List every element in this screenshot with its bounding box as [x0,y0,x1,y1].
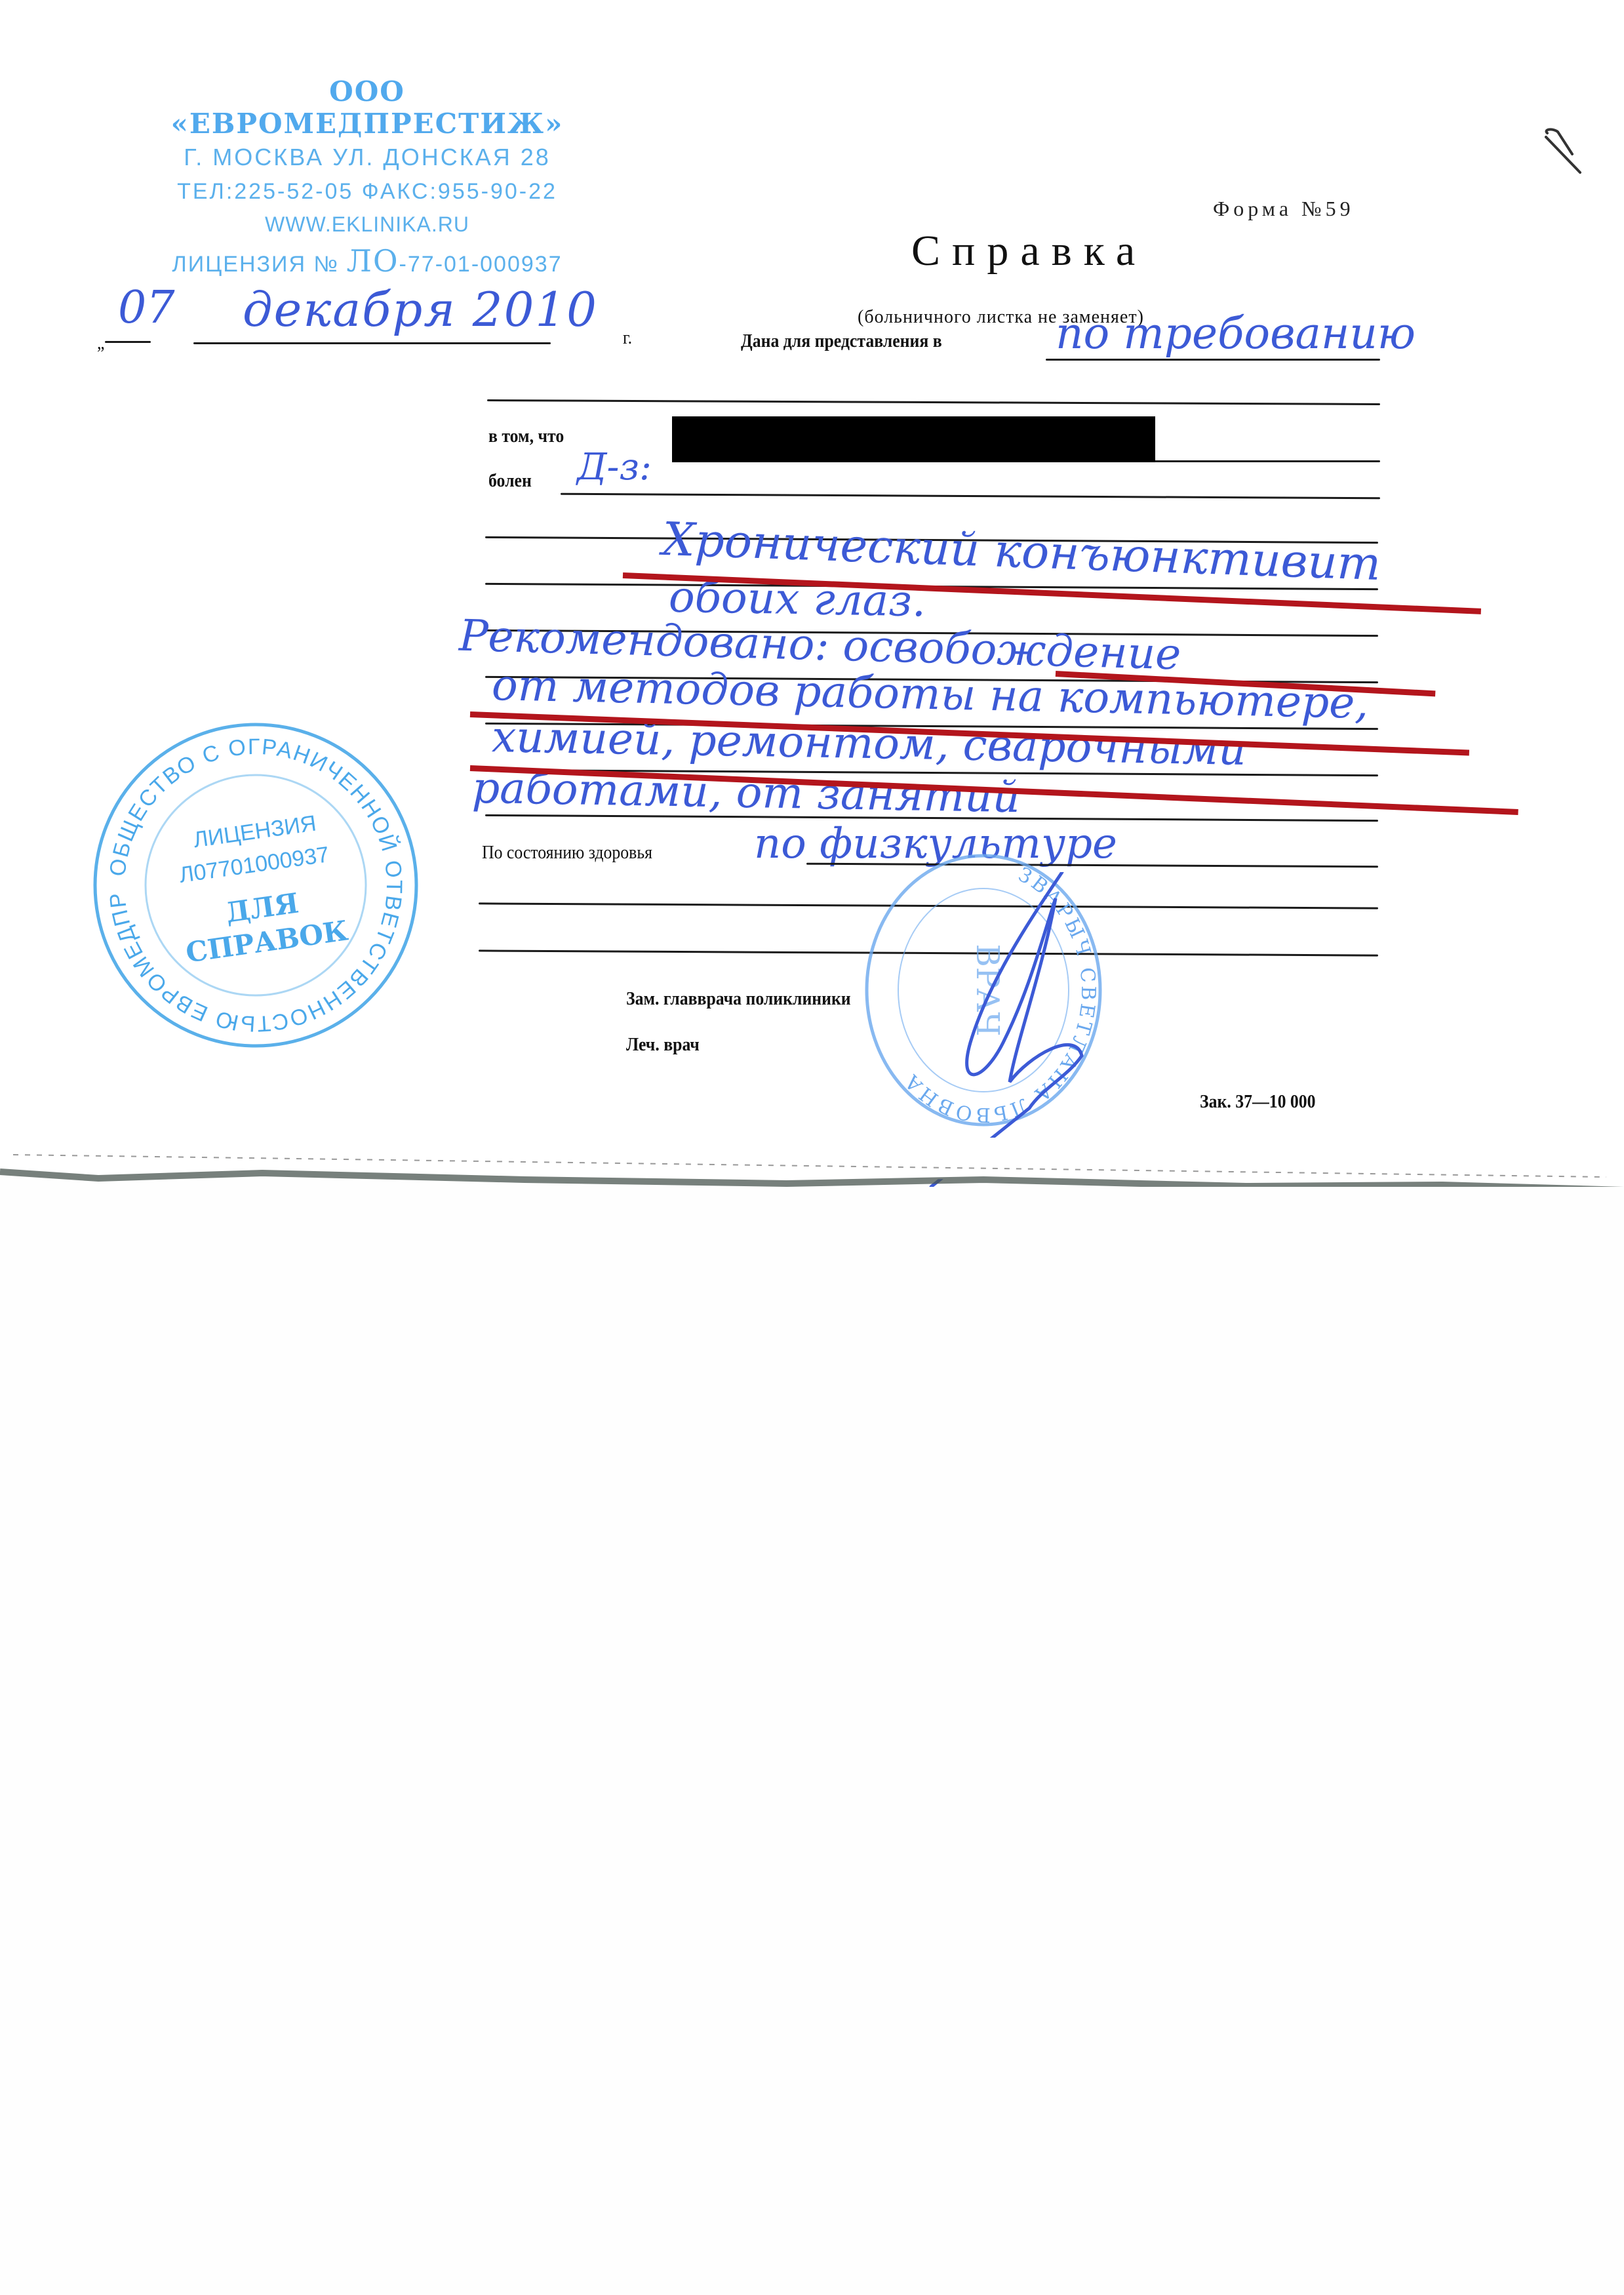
redacted-patient-name [672,416,1155,462]
license-number: -77-01-000937 [399,252,563,277]
torn-paper-edge [0,1138,1624,1190]
clinic-license: ЛИЦЕНЗИЯ № ЛО-77-01-000937 [157,243,577,279]
round-stamp: ОБЩЕСТВО С ОГРАНИЧЕННОЙ ОТВЕТСТВЕННОСТЬЮ… [85,715,426,1056]
clinic-phones: ТЕЛ:225-52-05 ФАКС:955-90-22 [157,179,577,205]
issued-for-label: Дана для представления в [741,331,942,352]
clinic-website: WWW.EKLINIKA.RU [157,212,577,237]
handwritten-diagnosis-prefix: Д-з: [577,446,652,489]
date-month-rule [193,342,551,344]
scan-background [0,1187,1624,2295]
form-rule-1 [487,399,1380,405]
corner-mark-icon [1541,128,1587,180]
clinic-address: Г. МОСКВА УЛ. ДОНСКАЯ 28 [157,144,577,171]
health-label: По состоянию здоровья [482,843,652,864]
license-prefix: ЛИЦЕНЗИЯ № [172,252,339,277]
form-number: Форма №59 [1213,197,1355,221]
date-year-suffix: г. [623,328,632,349]
issued-for-rule [1046,359,1380,361]
date-day-rule [105,341,151,343]
handwritten-issued-for: по требованию [1056,308,1416,359]
clinic-stamp: ООО «ЕВРОМЕДПРЕСТИЖ» Г. МОСКВА УЛ. ДОНСК… [157,75,577,279]
attending-doctor-label: Леч. врач [626,1035,700,1056]
ill-label: болен [488,471,532,492]
document-title: Справка [911,226,1147,276]
clinic-name: ООО «ЕВРОМЕДПРЕСТИЖ» [157,75,577,140]
form-rule-ill [561,493,1380,500]
scanned-sheet: ООО «ЕВРОМЕДПРЕСТИЖ» Г. МОСКВА УЛ. ДОНСК… [0,0,1624,1174]
handwritten-date-month-year: декабря 2010 [243,282,598,337]
date-open-quote: „ [97,333,104,354]
order-number: Зак. 37—10 000 [1200,1092,1316,1113]
that-label: в том, что [488,426,564,447]
license-series: ЛО [346,243,399,279]
handwritten-date-day: 07 [118,282,175,334]
deputy-chief-label: Зам. главврача поликлиники [626,989,851,1010]
